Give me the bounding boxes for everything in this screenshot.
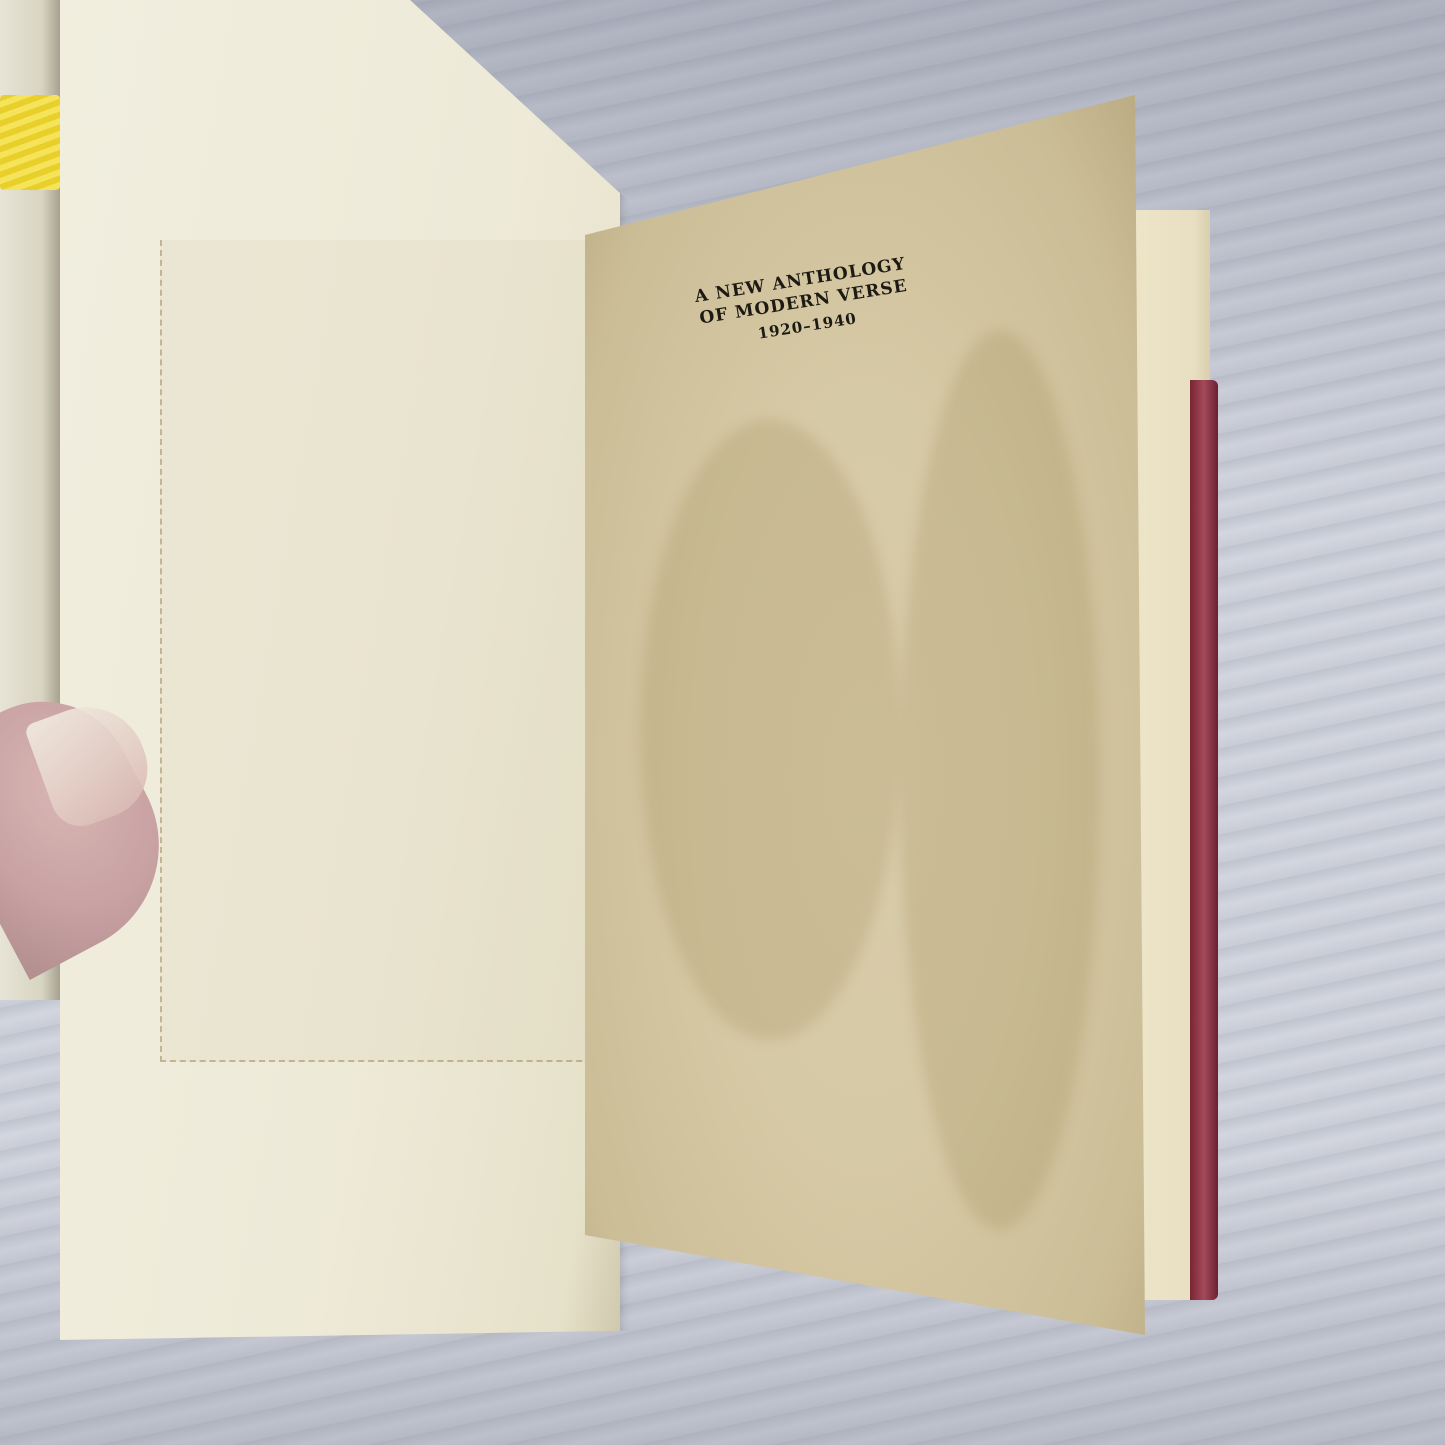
photo-scene: A NEW ANTHOLOGY OF MODERN VERSE 1920–194… xyxy=(0,0,1445,1445)
foxing-stain xyxy=(640,420,900,1040)
red-cover-edge xyxy=(1190,380,1218,1300)
foxing-stain xyxy=(900,330,1100,1230)
yellow-ribbon-bookmark xyxy=(0,95,60,190)
left-page-offset-stain xyxy=(160,240,602,1062)
